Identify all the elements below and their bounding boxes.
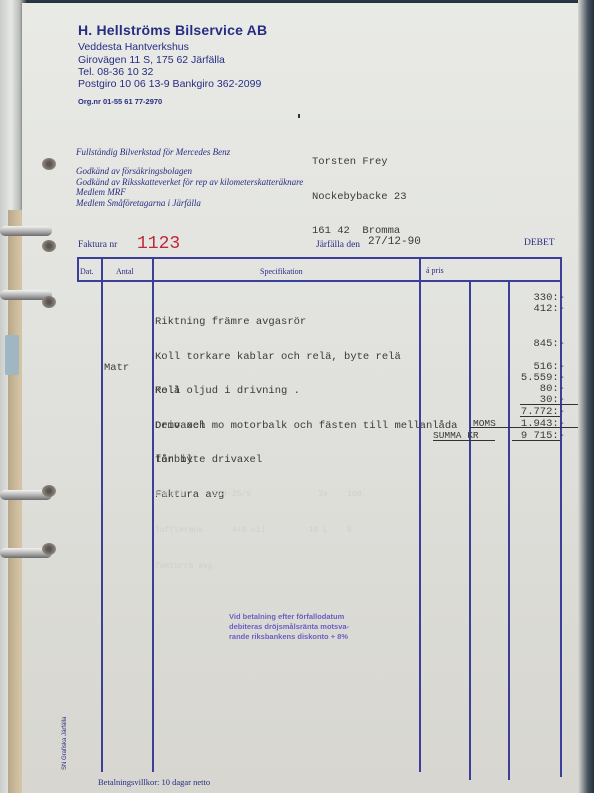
amount-cell: 845:- bbox=[505, 338, 565, 350]
approval-item: Godkänd av Riksskatteverket för rep av k… bbox=[76, 177, 303, 188]
company-giro: Postgiro 10 06 13-9 Bankgiro 362-2099 bbox=[78, 78, 261, 90]
bleed-line: Lånbil S74-25/9 3x 100 bbox=[155, 489, 361, 501]
company-phone: Tel. 08-36 10 32 bbox=[78, 66, 153, 78]
vat-amount: 1.943:- bbox=[505, 418, 565, 430]
header-unit-price: á pris bbox=[426, 266, 444, 275]
total-label-underline bbox=[433, 440, 495, 441]
subtotal-rule bbox=[520, 404, 578, 405]
recipient-address: Torsten Frey Nockebybacke 23 161 42 Brom… bbox=[312, 134, 407, 249]
header-specification: Specifikation bbox=[260, 267, 303, 276]
spec-line: Koll torkare kablar och relä, byte relä bbox=[155, 352, 457, 364]
col-divider-qty bbox=[152, 257, 154, 772]
punch-hole bbox=[42, 296, 56, 308]
late-payment-stamp: Vid betalning efter förfallodatum debite… bbox=[229, 612, 404, 642]
invoice-number-label: Faktura nr bbox=[78, 240, 117, 250]
bleed-line: fakturra avg bbox=[155, 561, 361, 573]
recipient-street: Nockebybacke 23 bbox=[312, 192, 407, 204]
col-divider-price bbox=[469, 280, 471, 780]
spec-line: Relä bbox=[155, 386, 224, 398]
date-label: Järfälla den bbox=[316, 240, 360, 250]
approval-item: Medlem MRF bbox=[76, 187, 303, 198]
invoice-type: DEBET bbox=[524, 238, 555, 248]
header-quantity: Antal bbox=[116, 267, 134, 276]
punch-hole bbox=[42, 158, 56, 170]
table-header-border bbox=[77, 280, 560, 282]
col-divider-sum bbox=[508, 280, 510, 780]
table-top-border bbox=[77, 257, 560, 259]
invoice-number: 1123 bbox=[137, 234, 180, 254]
payment-terms: Betalningsvillkor: 10 dagar netto bbox=[98, 777, 210, 787]
paper-speck bbox=[298, 114, 300, 118]
punch-hole bbox=[42, 485, 56, 497]
org-number: Org.nr 01-55 61 77-2970 bbox=[78, 97, 162, 106]
binder-tab bbox=[5, 335, 19, 375]
col-divider-date bbox=[101, 257, 103, 772]
material-quantity-label: Matr bbox=[104, 363, 129, 375]
header-date: Dat. bbox=[80, 267, 94, 276]
spec-line: Drivaxel bbox=[155, 421, 224, 433]
company-tagline: Fullständig Bilverkstad för Mercedes Ben… bbox=[76, 147, 230, 157]
punch-hole bbox=[42, 240, 56, 252]
approval-item: Godkänd av försäkringsbolagen bbox=[76, 166, 303, 177]
stamp-line: debiteras dröjsmålsränta motsva- bbox=[229, 622, 404, 632]
company-address-line: Veddesta Hantverkshus bbox=[78, 41, 189, 53]
table-right-border bbox=[560, 257, 562, 777]
stamp-line: rande riksbankens diskonto + 8% bbox=[229, 632, 404, 642]
spec-line: Riktning främre avgasrör bbox=[155, 317, 457, 329]
approval-item: Medlem Småföretagarna i Järfälla bbox=[76, 198, 303, 209]
invoice-date: 27/12-90 bbox=[368, 237, 421, 249]
table-left-border bbox=[77, 257, 79, 281]
printer-mark: SN Grafiska Järfälla bbox=[62, 717, 68, 770]
total-underline bbox=[512, 440, 560, 441]
punch-hole bbox=[42, 543, 56, 555]
binder-ring bbox=[0, 226, 52, 236]
company-address-line: Girovägen 11 S, 175 62 Järfälla bbox=[78, 54, 225, 66]
company-name: H. Hellströms Bilservice AB bbox=[78, 22, 267, 38]
amount-cell: 412:- bbox=[505, 303, 565, 315]
bleed-through-text: Lånbil S74-25/9 3x 100 lufttermos 4+9 oi… bbox=[155, 465, 361, 585]
subtotal-underline bbox=[520, 416, 560, 417]
stamp-line: Vid betalning efter förfallodatum bbox=[229, 612, 404, 622]
vat-rule bbox=[470, 427, 578, 428]
approvals-list: Godkänd av försäkringsbolagen Godkänd av… bbox=[76, 166, 303, 208]
recipient-name: Torsten Frey bbox=[312, 157, 407, 169]
paper-edge bbox=[578, 0, 594, 793]
bleed-line: lufttermos 4+9 oil 10 L 5 bbox=[155, 525, 361, 537]
